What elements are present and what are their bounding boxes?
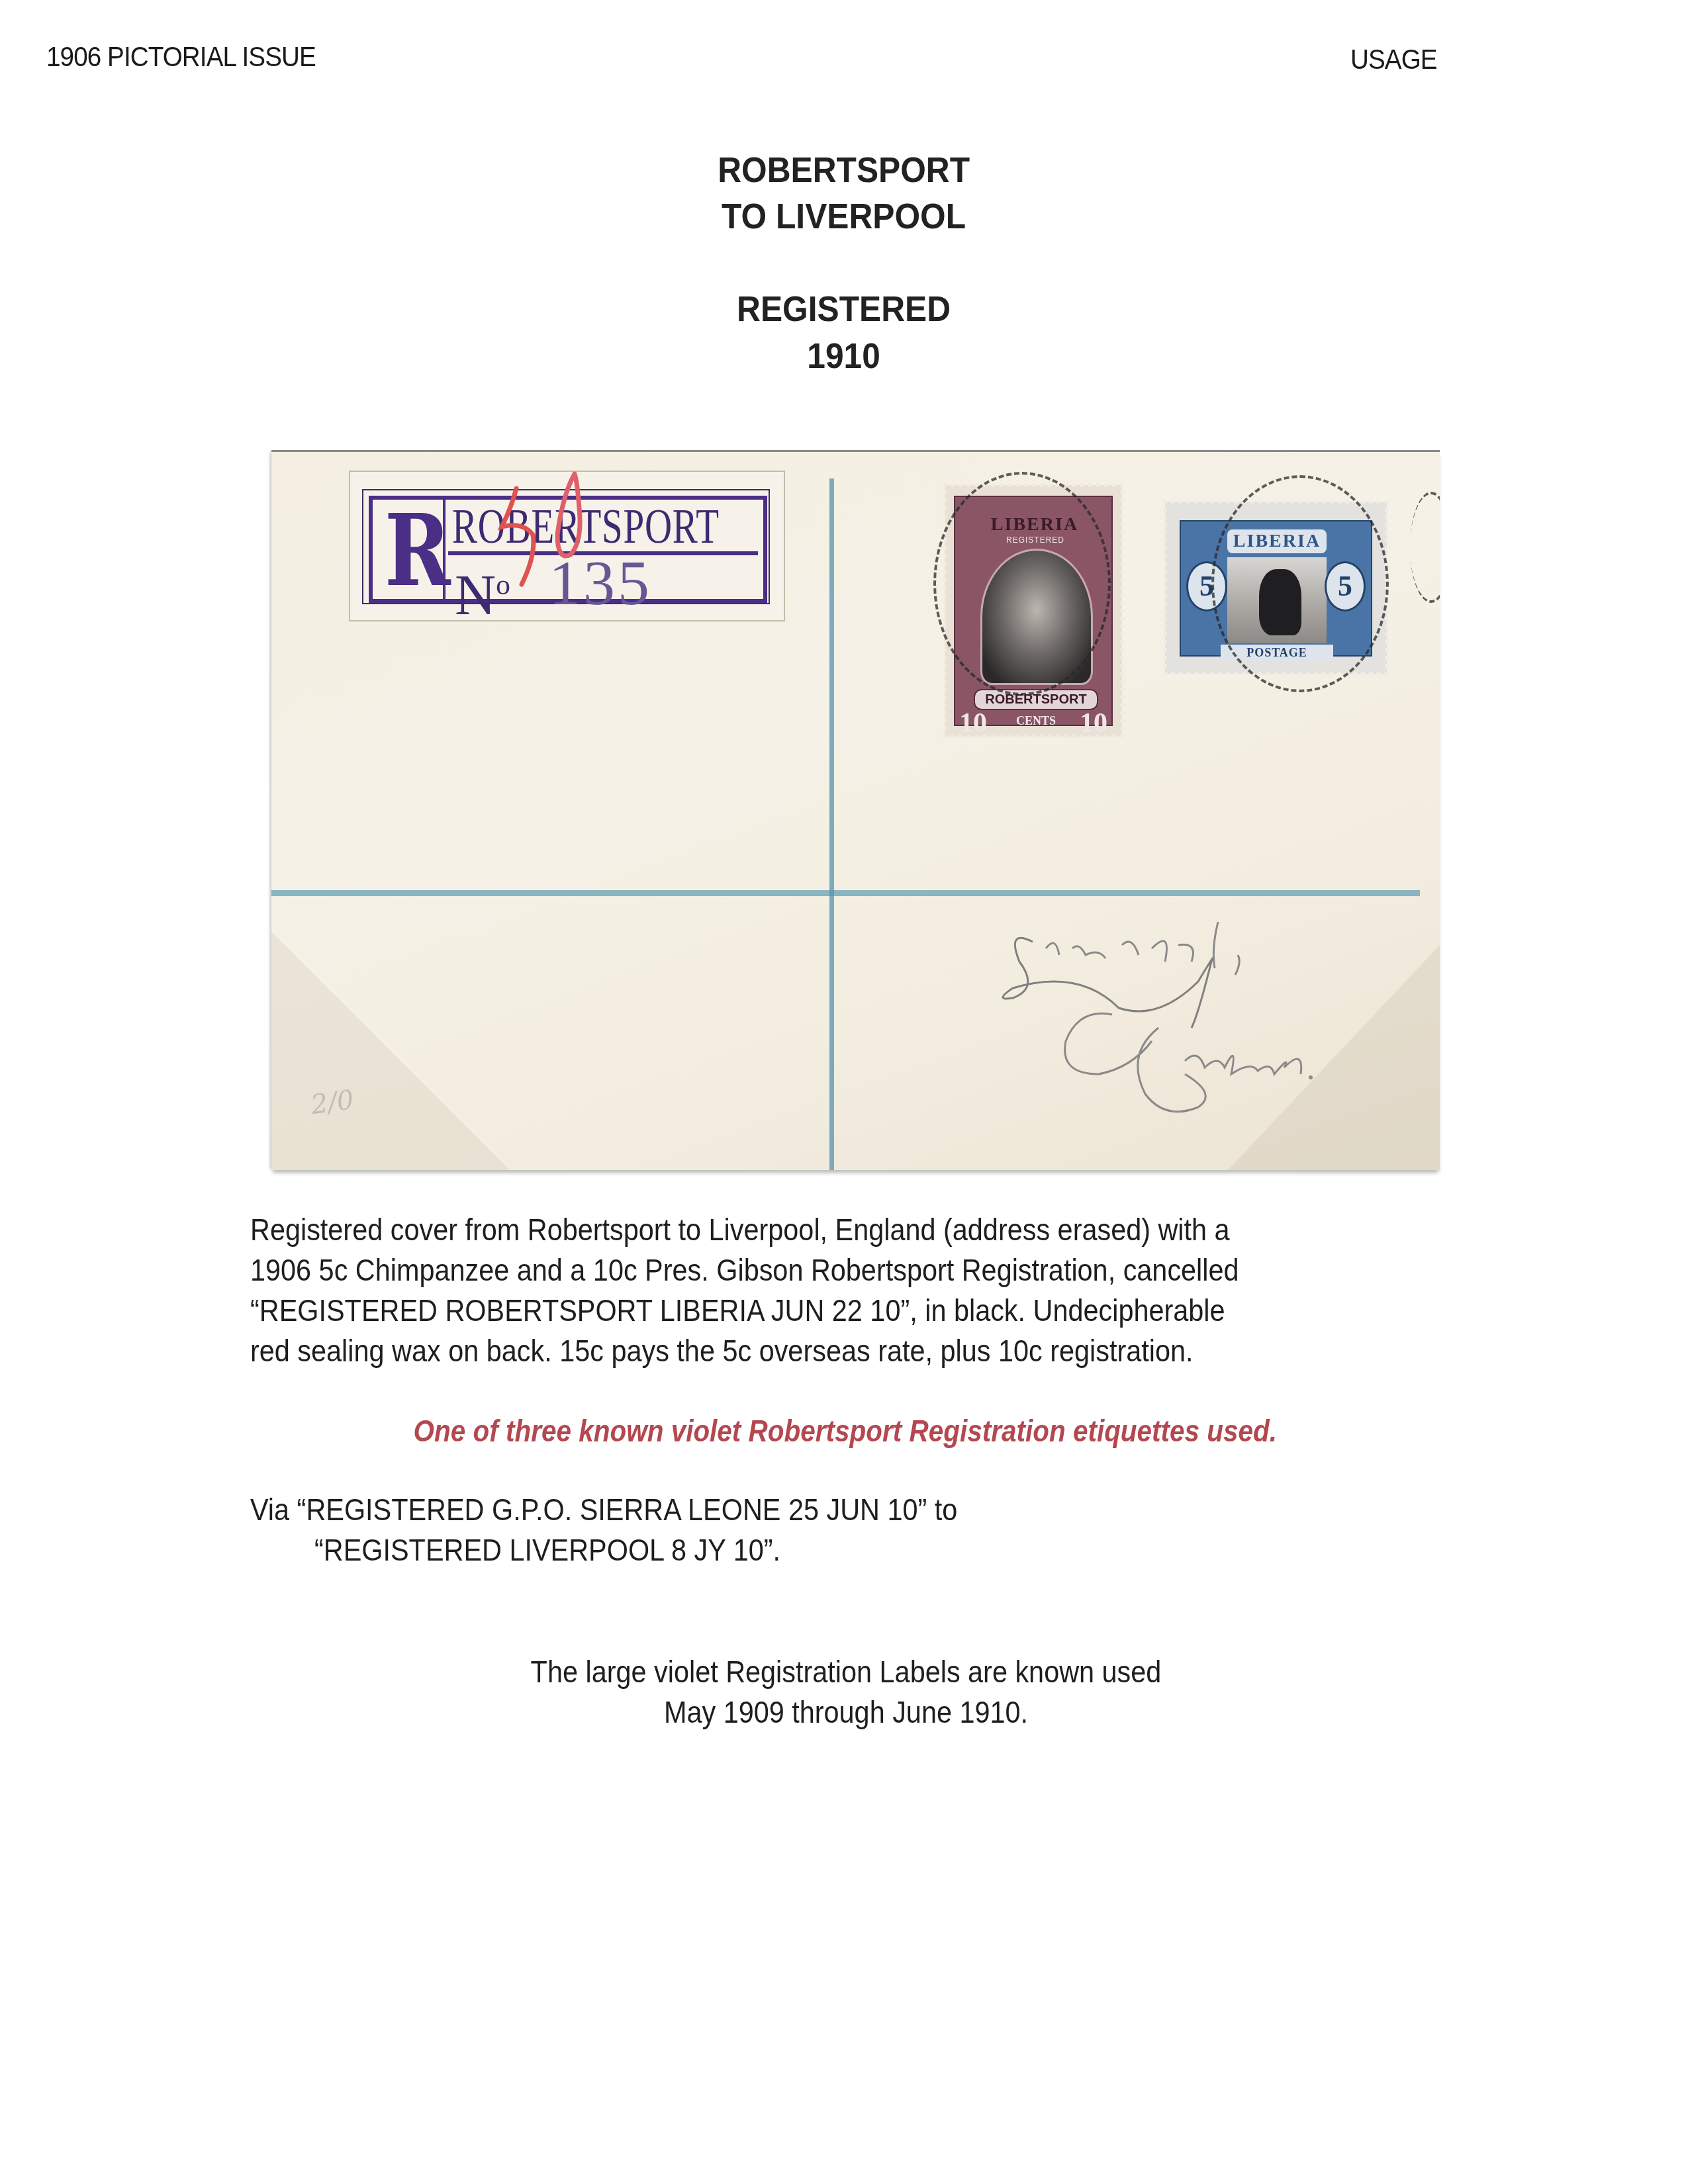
stamp-unit: CENTS [1009, 714, 1062, 728]
routing-line-1: Via “REGISTERED G.P.O. SIERRA LEONE 25 J… [250, 1490, 957, 1530]
page-title-line-1: ROBERTSPORT [68, 147, 1620, 193]
header-section-title: 1906 PICTORIAL ISSUE [46, 41, 316, 73]
highlight-note: One of three known violet Robertsport Re… [103, 1413, 1588, 1449]
pencil-notation: 2/0 [309, 1085, 355, 1121]
header-category: USAGE [1350, 44, 1437, 75]
registration-blue-line-horizontal [271, 890, 1420, 896]
page-subtitle-line-2: 1910 [68, 333, 1620, 379]
cover-envelope-image: R ROBERTSPORT No 135 LIBERIA REGISTERED … [271, 450, 1440, 1170]
page-title-line-2: TO LIVERPOOL [68, 193, 1620, 240]
stamp-value-left: 10 [959, 707, 987, 739]
footer-note-line-2: May 1909 through June 1910. [87, 1692, 1606, 1733]
registration-letter: R [385, 501, 451, 600]
registration-blue-line-vertical [829, 478, 834, 1170]
postmark-cancel-icon [1410, 492, 1440, 603]
postmark-cancel-icon [1211, 475, 1389, 692]
red-crayon-mark: 30 [496, 469, 589, 588]
stamp-value-right: 10 [1080, 707, 1107, 739]
envelope-flap-left [271, 932, 510, 1170]
description-line-4: red sealing wax on back. 15c pays the 5c… [250, 1331, 1193, 1371]
routing-line-2: “REGISTERED LIVERPOOL 8 JY 10”. [314, 1530, 780, 1570]
description-line-2: 1906 5c Chimpanzee and a 10c Pres. Gibso… [250, 1250, 1239, 1291]
description-line-3: “REGISTERED ROBERTSPORT LIBERIA JUN 22 1… [250, 1291, 1225, 1331]
page-subtitle-line-1: REGISTERED [68, 286, 1620, 332]
footer-note-line-1: The large violet Registration Labels are… [87, 1652, 1606, 1692]
description-line-1: Registered cover from Robertsport to Liv… [250, 1210, 1230, 1250]
handwritten-address: Liverpool, [1000, 909, 1331, 1127]
postmark-cancel-icon [933, 472, 1111, 696]
